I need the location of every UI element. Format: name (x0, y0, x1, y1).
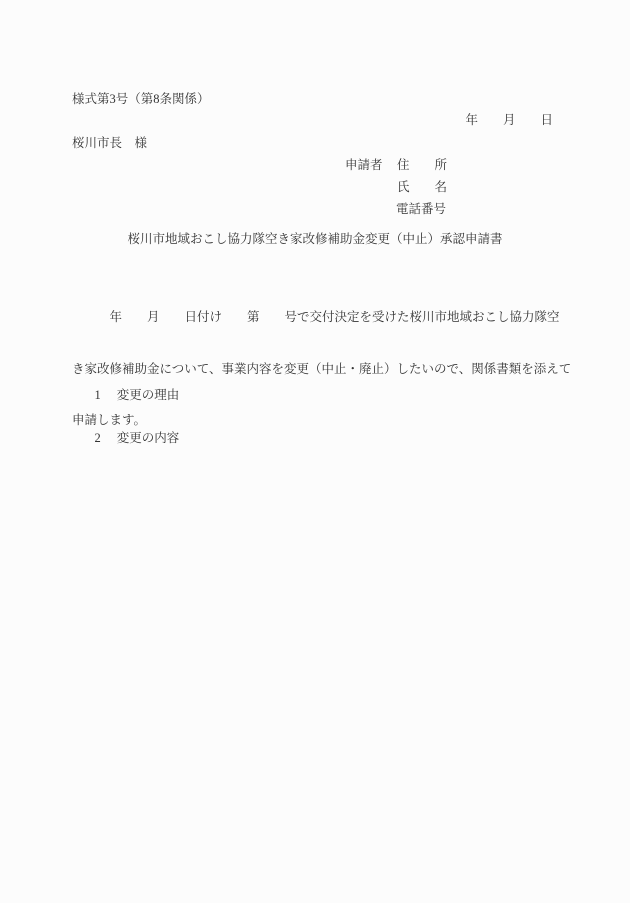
applicant-address-label: 住 所 (397, 158, 447, 172)
list-item-change-content: 2変更の内容 (82, 417, 179, 460)
item-number: 1 (95, 388, 101, 402)
item-label: 変更の理由 (117, 388, 180, 402)
form-number: 様式第3号（第8条関係） (72, 92, 210, 106)
applicant-phone-label: 電話番号 (396, 202, 446, 216)
application-form-page: 様式第3号（第8条関係） 年 月 日 桜川市長 様 申請者 住 所 氏 名 電話… (0, 0, 630, 903)
date-line: 年 月 日 (465, 113, 553, 127)
list-item-change-reason: 1変更の理由 (82, 374, 179, 417)
applicant-label: 申請者 (345, 158, 383, 172)
applicant-name-label: 氏 名 (397, 180, 447, 194)
body-line-1: 年 月 日付け 第 号で交付決定を受けた桜川市地域おこし協力隊空 (72, 306, 564, 329)
item-number: 2 (95, 431, 101, 445)
addressee-line: 桜川市長 様 (72, 136, 147, 150)
item-label: 変更の内容 (117, 431, 180, 445)
document-title: 桜川市地域おこし協力隊空き家改修補助金変更（中止）承認申請書 (0, 232, 630, 246)
